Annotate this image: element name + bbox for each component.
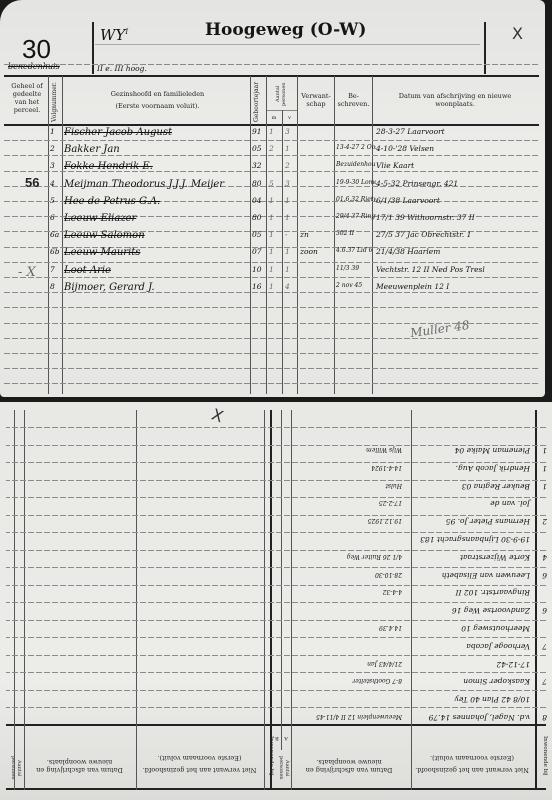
row-rule xyxy=(6,638,546,639)
entry-persons-v: 1 xyxy=(285,265,290,274)
bottom-entry-departure: 17-2-25 xyxy=(379,499,402,506)
row-rule xyxy=(6,585,546,586)
header-birth-year: Geboortejaar xyxy=(253,80,260,124)
bottom-entry-name: 17-12-42 xyxy=(496,660,530,669)
col-line xyxy=(535,410,537,790)
bottom-entry-departure: 21/4/43 Jan xyxy=(367,660,402,667)
row-rule xyxy=(4,383,539,384)
entry-persons-v: 3 xyxy=(285,179,290,188)
entry-number: 6b xyxy=(50,247,60,256)
col-line xyxy=(334,76,335,394)
bottom-entry-number: 4 xyxy=(542,553,547,562)
row-rule xyxy=(6,708,546,709)
bottom-header-not-related: Niet verwant aan het gezinshoofd. xyxy=(412,766,532,774)
row-rule xyxy=(4,307,539,308)
entry-relation: zn xyxy=(300,230,309,239)
row-rule xyxy=(4,155,539,156)
bottom-entry-number: 7 xyxy=(542,677,547,686)
entry-persons-v: 1 xyxy=(285,144,290,153)
title-rule-2 xyxy=(4,64,539,65)
entry-name: Hee de Petrus G.A. xyxy=(64,196,160,207)
bottom-entry-name: Pieneman Maike 04 xyxy=(455,446,530,455)
row-rule xyxy=(4,262,539,263)
bottom-entry-name: 19-9-30 Lijnbaansgracht 183 xyxy=(420,535,530,544)
entry-number: 8 xyxy=(50,282,55,291)
entry-departure: 21/4/38 Haarlem xyxy=(376,247,440,256)
header-relation: Verwant- schap xyxy=(298,92,334,108)
bottom-entry-name: Hendrik Jacob Aug. xyxy=(456,464,530,473)
entry-described: 13-4-27 2 Oosterspark 269 bov xyxy=(336,144,376,151)
col-line xyxy=(297,76,298,394)
entry-number: 1 xyxy=(50,127,55,136)
row-rule xyxy=(6,690,546,691)
entry-described: 29/4 37 Ringvaartstr. xyxy=(336,213,376,220)
bottom-entry-departure: 14.4.39 xyxy=(379,624,402,631)
entry-persons-m: 1 xyxy=(269,282,274,291)
row-rule xyxy=(6,603,546,604)
bottom-header-top-rule xyxy=(6,788,546,790)
row-rule xyxy=(4,338,539,339)
row-rule xyxy=(4,140,539,141)
row-rule xyxy=(4,353,539,354)
entry-name: Leeuw Maurits xyxy=(64,247,140,258)
col-line xyxy=(62,76,63,394)
entry-birth-year: 05 xyxy=(252,144,262,153)
entry-persons-v: 1 xyxy=(285,247,290,256)
bottom-entry-number: 8 xyxy=(542,713,547,722)
entry-departure: 4-10-'28 Velsen xyxy=(376,144,434,153)
entry-departure: 27/5 37 Jac Obrechtstr. 1 xyxy=(376,230,471,239)
bottom-entry-number: 6 xyxy=(542,571,547,580)
header-parcel: Geheel of gedeelte van het perceel. xyxy=(6,82,48,114)
bottom-entry-name: v.d. Nagel, Johannes 14.79 xyxy=(429,713,530,722)
entry-number: 3 xyxy=(50,161,55,170)
bottom-entry-name: Zandvoortse Weg 16 xyxy=(452,606,530,615)
entry-departure: 28-3-27 Laarvoort xyxy=(376,127,445,136)
entry-birth-year: 10 xyxy=(252,265,262,274)
header-volgnummer: Volgnummer. xyxy=(51,80,58,124)
bottom-header-a: A xyxy=(282,734,290,742)
header-name-sub: (Eerste voornaam voluit). xyxy=(70,102,245,110)
title-divider-right xyxy=(484,22,486,74)
col-line xyxy=(270,410,272,790)
row-rule xyxy=(6,620,546,621)
entry-relation: zoon xyxy=(300,247,318,256)
header-name: Gezinshoofd en familieleden xyxy=(70,90,245,98)
entry-birth-year: 91 xyxy=(252,127,262,136)
col-line xyxy=(411,410,412,790)
entry-birth-year: 05 xyxy=(252,230,262,239)
entry-departure: Meeuwenplein 12 I xyxy=(376,282,449,291)
col-line xyxy=(266,76,267,394)
bottom-entry-departure: Wijs Willem xyxy=(366,446,402,453)
entry-name: Fokke Hendrik E. xyxy=(64,161,153,172)
bottom-entry-departure: 4-4-32 xyxy=(383,588,402,595)
floor-note: II e. III hoog. xyxy=(97,64,147,73)
entry-birth-year: 04 xyxy=(252,196,262,205)
entry-name: Meijman Theodorus J.J.J. Meijer xyxy=(64,179,224,190)
entry-number: 6 xyxy=(50,213,55,222)
entry-name: Bakker Jan xyxy=(64,144,120,155)
col-line xyxy=(281,410,282,750)
entry-persons-v: 1 xyxy=(285,196,290,205)
bottom-header-not-related-2: Niet verwant aan het gezinshoofd. xyxy=(137,766,262,774)
entry-persons-v: 2 xyxy=(285,161,290,170)
bottom-header-inwonende: Inwonende bij xyxy=(542,726,548,786)
register-page-top: 30 benedenhuis WYI II e. III hoog. Hooge… xyxy=(0,0,545,397)
row-rule xyxy=(6,428,546,429)
entry-persons-m: 1 xyxy=(269,247,274,256)
bottom-entry-name: Kaaskoper Simon xyxy=(463,677,530,686)
entry-described: Bezuidenhout xyxy=(336,161,376,168)
bottom-entry-number: 7 xyxy=(542,642,547,651)
header-m: m xyxy=(266,114,282,122)
bottom-entry-departure: 28-10-30 xyxy=(375,571,402,578)
entry-number: 7 xyxy=(50,265,55,274)
entry-described: 302 II xyxy=(336,230,376,237)
entry-persons-v: - xyxy=(285,230,288,239)
bottom-entry-name: Beuker Regina 03 xyxy=(462,482,530,491)
entry-persons-m: 1 xyxy=(269,213,274,222)
entry-described: 01.6.32 Rietwijkerstr. 10 II xyxy=(336,196,376,203)
title-rule xyxy=(95,44,480,45)
entry-name: Loot Arie xyxy=(64,265,111,276)
col-line xyxy=(48,76,49,394)
district-code: WYI xyxy=(100,26,128,44)
entry-departure: 17/1 39 Withoornstr. 37 II xyxy=(376,213,475,222)
bottom-entry-name: Korte Wijzerstraat xyxy=(460,553,530,562)
entry-departure: 4-5-32 Prinsengr. 421 xyxy=(376,179,458,188)
entry-name: Fischer Jacob August xyxy=(64,127,172,138)
col-line xyxy=(282,110,283,394)
signature: Muller 48 xyxy=(409,318,470,340)
bottom-entry-name: Jol. van de xyxy=(490,499,530,508)
bottom-header-persons-2: Aantal personen xyxy=(10,750,22,786)
header-top-rule xyxy=(4,75,539,77)
row-rule xyxy=(6,498,546,499)
entry-persons-v: 3 xyxy=(285,127,290,136)
corner-x-mark: X xyxy=(512,24,523,43)
bottom-header-departure-2: Datum van afschrijving en nieuwe woonpla… xyxy=(27,758,132,774)
row7-margin-mark: - X xyxy=(18,265,36,280)
col-line xyxy=(136,410,137,790)
bottom-entry-name: Leeuwen van Elisabeth xyxy=(442,571,530,580)
entry-departure: Vlie Kaart xyxy=(376,161,414,170)
entry-persons-v: 1 xyxy=(285,213,290,222)
entry-departure: Vechtstr. 12 II Ned Pos Tresl xyxy=(376,265,485,274)
entry-number: 5 xyxy=(50,196,55,205)
row-rule xyxy=(6,568,546,569)
bottom-entry-number: 1 xyxy=(542,446,547,455)
bottom-entry-number: 1 xyxy=(542,482,547,491)
col-line xyxy=(14,410,15,790)
bottom-entry-departure: 14-4-1924 xyxy=(371,464,402,471)
header-persons: Aantal personen xyxy=(275,78,287,110)
entry-birth-year: 80 xyxy=(252,213,262,222)
entry-name: Leeuw Salomon xyxy=(64,230,145,241)
row-rule xyxy=(6,655,546,656)
entry-birth-year: 80 xyxy=(252,179,262,188)
entry-persons-m: 1 xyxy=(269,127,274,136)
bottom-entry-name: Hermans Pieter Jo. 95 xyxy=(446,517,530,526)
col-line xyxy=(291,410,292,790)
entry-persons-m: 1 xyxy=(269,196,274,205)
street-title: Hoogeweg (O-W) xyxy=(205,20,366,40)
header-bottom-rule xyxy=(4,124,539,126)
entry-number: 2 xyxy=(50,144,55,153)
entry-number: 6a xyxy=(50,230,59,239)
bottom-header-b: B xyxy=(273,734,281,742)
entry-persons-m: 2 xyxy=(269,144,274,153)
entry-departure: 6/1/38 Laarvoort xyxy=(376,196,440,205)
entry-birth-year: 16 xyxy=(252,282,262,291)
title-divider xyxy=(92,22,94,74)
bottom-entry-departure: 19.12.1925 xyxy=(368,517,402,524)
bottom-header-not-related-sub-2: (Eerste voornaam voluit). xyxy=(137,754,262,762)
entry-described: 2 nov 45 xyxy=(336,282,376,289)
bottom-header-bottom-rule xyxy=(6,724,546,726)
row-rule xyxy=(6,550,546,551)
bottom-header-not-related-sub: (Eerste voornaam voluit). xyxy=(412,754,532,762)
bottom-entry-departure: 4/1 26 Ruiter Weg xyxy=(347,553,402,560)
col-line xyxy=(24,410,25,790)
bottom-header-departure: Datum van afschrijving en nieuwe woonpla… xyxy=(294,758,404,774)
entry-birth-year: 07 xyxy=(252,247,262,256)
bottom-entry-departure: Hulst xyxy=(385,482,402,489)
bottom-header-persons: Aantal personen xyxy=(278,750,290,786)
bottom-entry-name: Ringvaartstr. 102 II xyxy=(456,588,530,597)
entry-birth-year: 32 xyxy=(252,161,262,170)
entry-number: 4 xyxy=(50,179,55,188)
header-v: v xyxy=(282,114,297,122)
col-line xyxy=(250,76,251,394)
entry-persons-m: 1 xyxy=(269,265,274,274)
parcel-number: 56 xyxy=(25,175,39,190)
row-rule xyxy=(6,533,546,534)
entry-persons-m: 5 xyxy=(269,179,274,188)
entry-described: 11/3 39 xyxy=(336,265,376,272)
bottom-entry-number: 2 xyxy=(542,517,547,526)
row-rule xyxy=(4,277,539,278)
col-line xyxy=(264,410,265,790)
row-rule xyxy=(6,673,546,674)
header-departure: Datum van afschrijving en nieuwe woonpla… xyxy=(380,92,530,108)
bottom-entry-number: 6 xyxy=(542,606,547,615)
bottom-entry-departure: 8-7 Goothstelter xyxy=(352,677,402,684)
row-rule xyxy=(6,515,546,516)
entry-persons-m: 1 xyxy=(269,230,274,239)
entry-described: 4.6.37 Lid 6 xyxy=(336,247,376,254)
house-number: 30 xyxy=(22,34,51,65)
bottom-entry-name: Verhooge Jacoba xyxy=(466,642,530,651)
entry-name: Leeuw Eliazer xyxy=(64,213,136,224)
entry-persons-v: 4 xyxy=(285,282,290,291)
row-rule xyxy=(4,368,539,369)
header-described: Be- schreven. xyxy=(335,92,372,108)
bottom-entry-name: 10/8 42 Plan 40 Tey xyxy=(455,695,530,704)
register-page-bottom: Inwonende bij Niet verwant aan het gezin… xyxy=(0,402,552,800)
bottom-entry-departure: Meeuwenplein 12 II 4/11-45 xyxy=(316,713,402,720)
entry-name: Bijmoer, Gerard J. xyxy=(64,282,155,293)
bottom-entry-number: 1 xyxy=(542,464,547,473)
bottom-entry-name: Meerhoutsweg 10 xyxy=(461,624,530,633)
rotated-page-content: Inwonende bij Niet verwant aan het gezin… xyxy=(0,402,552,800)
entry-described: 19-9-30 Lomdenstr. 86 xyxy=(336,179,376,186)
